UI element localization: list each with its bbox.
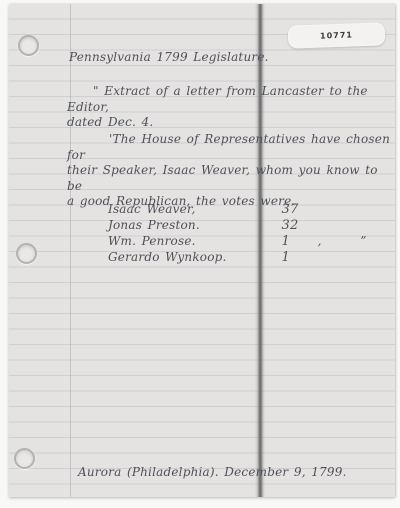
body-line-1: 'The House of Representatives have chose… bbox=[67, 132, 393, 163]
vote-row: Gerardo Wynkoop. 1 bbox=[108, 249, 388, 265]
vote-name: Gerardo Wynkoop. bbox=[108, 249, 276, 265]
body-paragraph: 'The House of Representatives have chose… bbox=[67, 132, 393, 210]
catalog-label: 10771 bbox=[288, 22, 386, 48]
vote-count: 1 bbox=[282, 234, 290, 250]
vote-row: Wm. Penrose. 1 , ” bbox=[108, 233, 388, 249]
hole-punch bbox=[16, 243, 37, 264]
vote-name: Jonas Preston. bbox=[108, 217, 276, 233]
vote-row: Jonas Preston. 32 bbox=[108, 217, 388, 233]
vote-count: 32 bbox=[282, 218, 299, 234]
catalog-number: 10771 bbox=[320, 30, 353, 40]
source-line: Aurora (Philadelphia). December 9, 1799. bbox=[78, 465, 347, 479]
title-line: Pennsylvania 1799 Legislature. bbox=[69, 50, 269, 64]
extract-line-2: dated Dec. 4. bbox=[67, 115, 153, 129]
vote-name: Wm. Penrose. bbox=[108, 233, 276, 249]
hole-punch bbox=[17, 34, 40, 57]
vote-row: Isaac Weaver, 37 bbox=[108, 201, 388, 217]
vote-count: 1 bbox=[282, 250, 290, 266]
vote-suffix: , ” bbox=[296, 233, 367, 249]
hole-punch bbox=[14, 448, 35, 469]
body-line-2: their Speaker, Isaac Weaver, whom you kn… bbox=[67, 163, 378, 193]
extract-line-1: " Extract of a letter from Lancaster to … bbox=[67, 84, 368, 114]
paper-sheet: 10771 Pennsylvania 1799 Legislature. " E… bbox=[9, 4, 395, 497]
vote-name: Isaac Weaver, bbox=[108, 201, 276, 217]
extract-paragraph: " Extract of a letter from Lancaster to … bbox=[67, 84, 393, 131]
vote-list: Isaac Weaver, 37 Jonas Preston. 32 Wm. P… bbox=[108, 201, 388, 265]
margin-line bbox=[70, 4, 71, 497]
vote-count: 37 bbox=[282, 202, 299, 218]
